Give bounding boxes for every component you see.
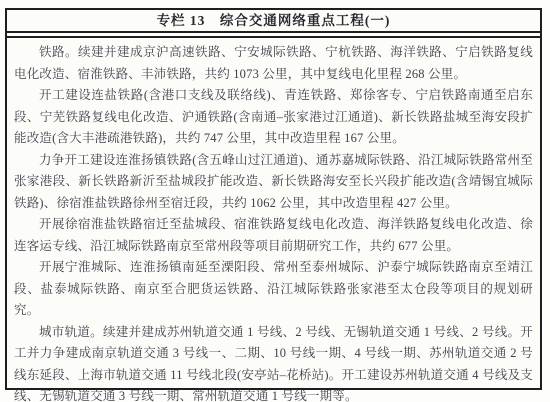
- column-box-body: 铁路。续建并建成京沪高速铁路、宁安城际铁路、宁杭铁路、海洋铁路、宁启铁路复线电化…: [7, 36, 540, 402]
- column-box-title: 专栏 13 综合交通网络重点工程(一): [7, 10, 540, 33]
- column-box-13: 专栏 13 综合交通网络重点工程(一) 铁路。续建并建成京沪高速铁路、宁安城际铁…: [5, 8, 542, 390]
- paragraph-railway-start-construction: 开工建设连盐铁路(含港口支线及联络线)、青连铁路、郑徐客专、宁启铁路南通至启东段…: [14, 85, 533, 150]
- paragraph-railway-strive-to-start: 力争开工建设连淮扬镇铁路(含五峰山过江通道)、通苏嘉城际铁路、沿江城际铁路常州至…: [14, 150, 533, 215]
- paragraph-railway-preliminary-research: 开展徐宿淮盐铁路宿迁至盐城段、宿淮铁路复线电化改造、海洋铁路复线电化改造、徐连客…: [14, 214, 533, 257]
- paragraph-railway-completed: 铁路。续建并建成京沪高速铁路、宁安城际铁路、宁杭铁路、海洋铁路、宁启铁路复线电化…: [14, 42, 533, 85]
- paragraph-railway-planning-research: 开展宁淮城际、连淮扬镇南延至溧阳段、常州至泰州城际、沪泰宁城际铁路南京至靖江段、…: [14, 257, 533, 322]
- paragraph-urban-rail-transit: 城市轨道。续建并建成苏州轨道交通 1 号线、2 号线、无锡轨道交通 1 号线、2…: [14, 322, 533, 402]
- document-page: { "panel": { "title": "专栏 13 综合交通网络重点工程(…: [0, 0, 550, 402]
